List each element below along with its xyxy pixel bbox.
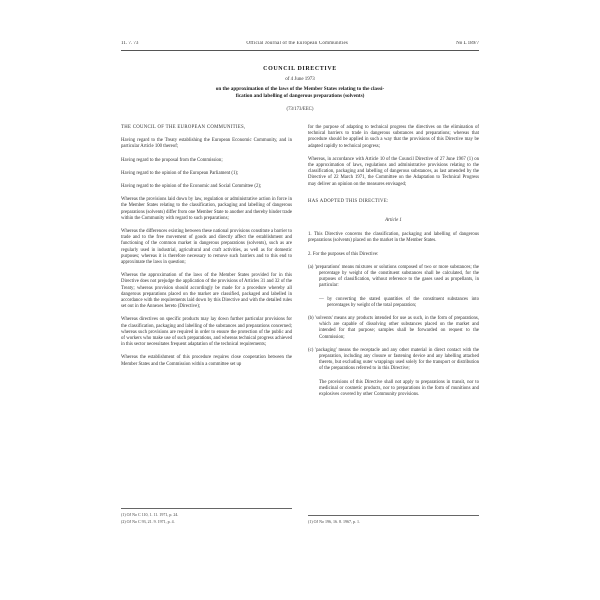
right-footnotes: (1) OJ No 196, 16. 8. 1967, p. 1. xyxy=(308,515,479,526)
footnote-oj-196: (1) OJ No 196, 16. 8. 1967, p. 1. xyxy=(308,519,479,524)
right-column: for the purpose of adapting to technical… xyxy=(308,125,479,525)
directive-page: 11. 7. 73 Official Journal of the Europe… xyxy=(121,40,479,580)
recital-whereas-2: Whereas the differences existing between… xyxy=(121,229,292,266)
preamble-intro: THE COUNCIL OF THE EUROPEAN COMMUNITIES, xyxy=(121,125,292,131)
article-1-paragraph-2: 2. For the purposes of this Directive: xyxy=(308,252,479,258)
recital-whereas-5: Whereas the establishment of this proced… xyxy=(121,355,292,367)
header-date: 11. 7. 73 xyxy=(121,40,138,47)
footnote-2: (2) OJ No C 93, 21. 9. 1971, p. 4. xyxy=(121,519,292,524)
article-1-paragraph-1: 1. This Directive concerns the classific… xyxy=(308,232,479,244)
directive-number: (73/173/EEC) xyxy=(121,107,479,112)
body-columns: THE COUNCIL OF THE EUROPEAN COMMUNITIES,… xyxy=(121,125,479,525)
document-canvas: 11. 7. 73 Official Journal of the Europe… xyxy=(0,0,600,600)
recital-whereas-3: Whereas the approximation of the laws of… xyxy=(121,273,292,310)
article-1-point-c: (c) 'packaging' means the receptacle and… xyxy=(308,348,479,373)
recital-treaty: Having regard to the Treaty establishing… xyxy=(121,138,292,150)
header-journal-title: Official Journal of the European Communi… xyxy=(246,40,348,47)
enacting-formula: HAS ADOPTED THIS DIRECTIVE: xyxy=(308,199,479,205)
page-header: 11. 7. 73 Official Journal of the Europe… xyxy=(121,40,479,51)
article-1-heading: Article 1 xyxy=(308,218,479,224)
left-footnotes: (1) OJ No C 110, 1. 11. 1971, p. 24. (2)… xyxy=(121,508,292,525)
title-block: COUNCIL DIRECTIVE of 4 June 1973 on the … xyxy=(121,66,479,112)
recital-whereas-1: Whereas the provisions laid down by law,… xyxy=(121,197,292,222)
article-1-point-a-dash: — by converting the stated quantities of… xyxy=(319,297,479,309)
article-1-closing-paragraph: The provisions of this Directive shall n… xyxy=(319,380,479,399)
article-1-point-b: (b) 'solvents' means any products intend… xyxy=(308,316,479,341)
left-column: THE COUNCIL OF THE EUROPEAN COMMUNITIES,… xyxy=(121,125,292,525)
article-1-point-a: (a) 'preparations' means mixtures or sol… xyxy=(308,265,479,290)
recital-parliament-opinion: Having regard to the opinion of the Euro… xyxy=(121,171,292,177)
header-page-number: No L 189/7 xyxy=(456,40,479,47)
recital-whereas-4: Whereas directives on specific products … xyxy=(121,317,292,348)
recital-whereas-final: Whereas, in accordance with Article 10 o… xyxy=(308,157,479,188)
recital-committee-opinion: Having regard to the opinion of the Econ… xyxy=(121,184,292,190)
directive-subject-line2: fication and labelling of dangerous prep… xyxy=(121,93,479,100)
directive-subject-line1: on the approximation of the laws of the … xyxy=(121,86,479,93)
directive-date: of 4 June 1973 xyxy=(121,77,479,82)
recital-continuation: for the purpose of adapting to technical… xyxy=(308,125,479,150)
footnote-1: (1) OJ No C 110, 1. 11. 1971, p. 24. xyxy=(121,512,292,517)
directive-heading: COUNCIL DIRECTIVE xyxy=(121,66,479,72)
recital-proposal: Having regard to the proposal from the C… xyxy=(121,158,292,164)
